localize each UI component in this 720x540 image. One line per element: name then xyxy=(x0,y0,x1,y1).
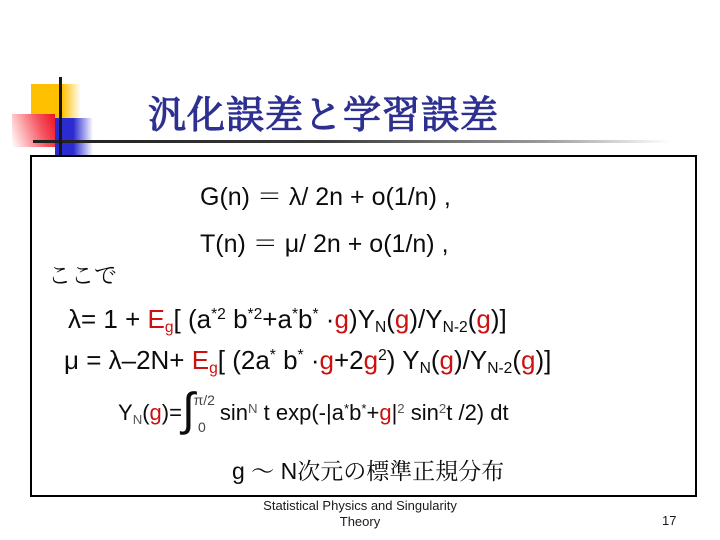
footer-line2: Theory xyxy=(0,514,720,530)
formula-g-distribution: g ～ N次元の標準正規分布 xyxy=(232,453,504,486)
decoration-crosshair-vertical-line xyxy=(59,77,62,162)
formula-yn-integral: YN(g)=∫π/20 sinN t exp(-|a*b*+g|2 sin2t … xyxy=(118,400,509,426)
formula-generalization-error: G(n) ＝ λ/ 2n + o(1/n) , xyxy=(200,177,451,213)
page-number: 17 xyxy=(662,513,676,528)
page-title: 汎化誤差と学習誤差 xyxy=(148,84,499,139)
title-underline xyxy=(33,140,670,143)
formula-box: G(n) ＝ λ/ 2n + o(1/n) , T(n) ＝ μ/ 2n + o… xyxy=(30,155,697,497)
decoration-yellow-square xyxy=(31,84,81,118)
footer-line1: Statistical Physics and Singularity xyxy=(0,498,720,514)
label-kokode: ここで xyxy=(48,257,117,290)
formula-training-error: T(n) ＝ μ/ 2n + o(1/n) , xyxy=(200,224,449,260)
formula-mu: μ = λ–2N+ Eg[ (2a* b* ·g+2g2) YN(g)/YN-2… xyxy=(64,345,551,376)
slide: 汎化誤差と学習誤差 G(n) ＝ λ/ 2n + o(1/n) , T(n) ＝… xyxy=(0,0,720,540)
footer-text: Statistical Physics and Singularity Theo… xyxy=(0,498,720,530)
formula-lambda: λ= 1 + Eg[ (a*2 b*2+a*b* ·g)YN(g)/YN-2(g… xyxy=(68,304,507,335)
